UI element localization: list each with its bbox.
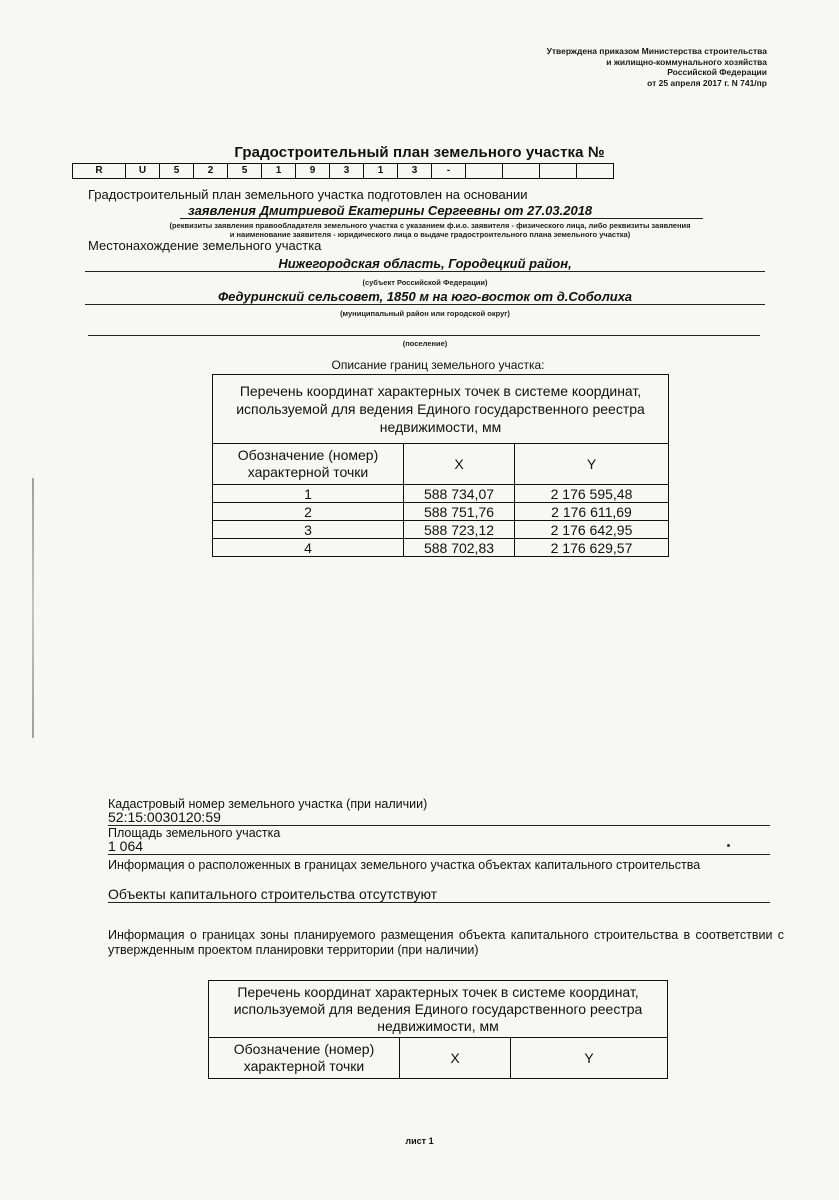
column-header-x: X bbox=[400, 1038, 511, 1079]
location-district-note: (муниципальный район или городской округ… bbox=[85, 309, 765, 318]
basis-note: (реквизиты заявления правообладателя зем… bbox=[100, 221, 760, 239]
plan-number-grid: RU52519313- bbox=[72, 163, 614, 179]
basis-label: Градостроительный план земельного участк… bbox=[88, 187, 527, 202]
sheet-number: лист 1 bbox=[0, 1136, 839, 1146]
location-label: Местонахождение земельного участка bbox=[88, 238, 321, 253]
plan-number-cell: 3 bbox=[398, 164, 432, 179]
plan-number-cell: 1 bbox=[262, 164, 296, 179]
plan-number-cell: 5 bbox=[160, 164, 194, 179]
basis-note-line: (реквизиты заявления правообладателя зем… bbox=[100, 221, 760, 230]
location-subject-value: Нижегородская область, Городецкий район, bbox=[85, 256, 765, 272]
plan-number-cell bbox=[577, 164, 614, 179]
table-caption: Перечень координат характерных точек в с… bbox=[213, 375, 669, 444]
location-settlement-note: (поселение) bbox=[85, 339, 765, 348]
plan-number-cell: U bbox=[126, 164, 160, 179]
location-settlement-value bbox=[88, 320, 760, 336]
table-row: 4588 702,832 176 629,57 bbox=[213, 539, 669, 557]
cadastral-value: 52:15:0030120:59 bbox=[108, 810, 770, 826]
location-subject-note: (субъект Российской Федерации) bbox=[85, 278, 765, 287]
table-row: 3588 723,122 176 642,95 bbox=[213, 521, 669, 539]
approval-note: Утверждена приказом Министерства строите… bbox=[547, 46, 767, 88]
planned-zone-coordinates-table: Перечень координат характерных точек в с… bbox=[208, 980, 668, 1079]
planned-zone-text: Информация о границах зоны планируемого … bbox=[108, 928, 784, 958]
cell-x: 588 723,12 bbox=[404, 521, 515, 539]
table-row: 2588 751,762 176 611,69 bbox=[213, 503, 669, 521]
capital-objects-value: Объекты капитального строительства отсут… bbox=[108, 887, 770, 903]
column-header-point: Обозначение (номер) характерной точки bbox=[209, 1038, 400, 1079]
column-header-x: X bbox=[404, 444, 515, 485]
column-header-point: Обозначение (номер) характерной точки bbox=[213, 444, 404, 485]
plan-number-cell: R bbox=[73, 164, 126, 179]
plan-number-cell: 1 bbox=[364, 164, 398, 179]
column-header-y: Y bbox=[511, 1038, 668, 1079]
cell-y: 2 176 595,48 bbox=[515, 485, 669, 503]
approval-line: и жилищно-коммунального хозяйства bbox=[547, 57, 767, 68]
plan-number-cell: 3 bbox=[330, 164, 364, 179]
cell-point: 4 bbox=[213, 539, 404, 557]
table-caption: Перечень координат характерных точек в с… bbox=[209, 981, 668, 1038]
plan-number-cell: 5 bbox=[228, 164, 262, 179]
cell-point: 1 bbox=[213, 485, 404, 503]
cell-y: 2 176 611,69 bbox=[515, 503, 669, 521]
capital-objects-label: Информация о расположенных в границах зе… bbox=[108, 858, 700, 872]
cell-point: 3 bbox=[213, 521, 404, 539]
cell-x: 588 702,83 bbox=[404, 539, 515, 557]
table-row: 1588 734,072 176 595,48 bbox=[213, 485, 669, 503]
cell-point: 2 bbox=[213, 503, 404, 521]
speck bbox=[727, 844, 730, 847]
basis-value: заявления Дмитриевой Екатерины Сергеевны… bbox=[180, 203, 703, 219]
approval-line: Утверждена приказом Министерства строите… bbox=[547, 46, 767, 57]
boundary-coordinates-table: Перечень координат характерных точек в с… bbox=[212, 374, 669, 557]
cell-y: 2 176 642,95 bbox=[515, 521, 669, 539]
cell-x: 588 751,76 bbox=[404, 503, 515, 521]
plan-number-cell: 9 bbox=[296, 164, 330, 179]
plan-number-cell bbox=[466, 164, 503, 179]
margin-scan-mark bbox=[32, 478, 34, 738]
area-value: 1 064 bbox=[108, 839, 770, 855]
boundaries-heading: Описание границ земельного участка: bbox=[0, 358, 839, 372]
plan-number-cell bbox=[540, 164, 577, 179]
approval-line: Российской Федерации bbox=[547, 67, 767, 78]
plan-number-cell: 2 bbox=[194, 164, 228, 179]
column-header-y: Y bbox=[515, 444, 669, 485]
document-title: Градостроительный план земельного участк… bbox=[0, 144, 839, 161]
approval-line: от 25 апреля 2017 г. N 741/пр bbox=[547, 78, 767, 89]
plan-number-cell bbox=[503, 164, 540, 179]
cell-x: 588 734,07 bbox=[404, 485, 515, 503]
location-district-value: Федуринский сельсовет, 1850 м на юго-вос… bbox=[85, 289, 765, 305]
plan-number-cell: - bbox=[432, 164, 466, 179]
cell-y: 2 176 629,57 bbox=[515, 539, 669, 557]
